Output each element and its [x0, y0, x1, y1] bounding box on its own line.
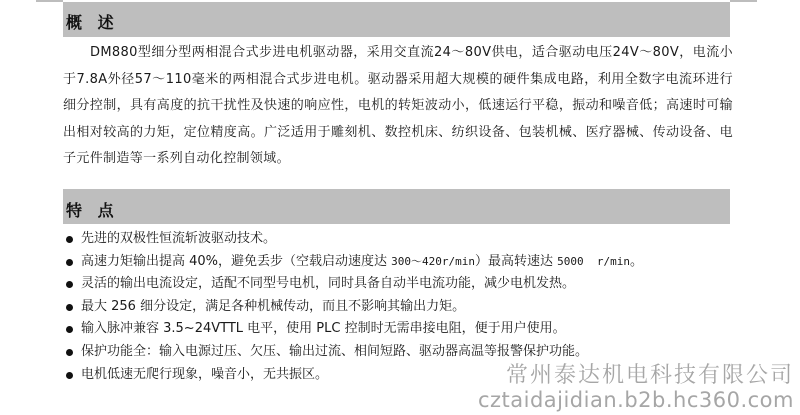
feature-text: 电机低速无爬行现象，噪音小，无共振区。	[81, 367, 328, 382]
bullet-icon	[66, 304, 73, 311]
bullet-icon	[66, 281, 73, 288]
overview-paragraph: DM880型细分型两相混合式步进电机驱动器，采用交直流24～80V供电，适合驱动…	[63, 40, 733, 173]
feature-item: 输入脉冲兼容 3.5~24VTTL 电平，使用 PLC 控制时无需串接电阻，便于…	[63, 318, 763, 341]
top-divider-right	[730, 0, 757, 2]
feature-text: 。	[630, 254, 643, 269]
feature-text: 最大 256 细分设定，满足各种机械传动，而且不影响其输出力矩。	[81, 299, 465, 314]
bullet-icon	[66, 326, 73, 333]
watermark-company: 常州泰达机电科技有限公司	[478, 364, 794, 388]
watermark: 常州泰达机电科技有限公司 cztaidajidian.b2b.hc360.com	[478, 364, 794, 412]
feature-item: 灵活的输出电流设定，适配不同型号电机，同时具备自动半电流功能，减少电机发热。	[63, 273, 763, 296]
bullet-icon	[66, 349, 73, 356]
section-title-overview: 概 述	[66, 10, 119, 33]
feature-speed-range: 300～420r/min	[391, 255, 475, 268]
top-divider-left	[36, 0, 63, 2]
bullet-icon	[66, 372, 73, 379]
bullet-icon	[66, 259, 73, 266]
feature-text: 高速力矩输出提高 40%，避免丢步（空载启动速度达	[81, 254, 391, 269]
feature-item: 最大 256 细分设定，满足各种机械传动，而且不影响其输出力矩。	[63, 296, 763, 319]
feature-text: 灵活的输出电流设定，适配不同型号电机，同时具备自动半电流功能，减少电机发热。	[81, 276, 575, 291]
watermark-domain: cztaidajidian.b2b.hc360.com	[478, 388, 794, 412]
feature-text: 先进的双极性恒流斩波驱动技术。	[81, 231, 276, 246]
feature-text: 保护功能全：输入电源过压、欠压、输出过流、相间短路、驱动器高温等报警保护功能。	[81, 344, 588, 359]
feature-text: 输入脉冲兼容 3.5~24VTTL 电平，使用 PLC 控制时无需串接电阻，便于…	[81, 321, 566, 336]
section-header-features: 特 点	[63, 189, 730, 224]
feature-text: ）最高转速达	[475, 254, 557, 269]
feature-item: 保护功能全：输入电源过压、欠压、输出过流、相间短路、驱动器高温等报警保护功能。	[63, 341, 763, 364]
section-header-overview: 概 述	[63, 2, 730, 37]
feature-item: 高速力矩输出提高 40%，避免丢步（空载启动速度达 300～420r/min）最…	[63, 251, 763, 274]
section-title-features: 特 点	[66, 198, 119, 221]
feature-item: 先进的双极性恒流斩波驱动技术。	[63, 228, 763, 251]
bullet-icon	[66, 236, 73, 243]
feature-max-speed: 5000 r/min	[557, 255, 630, 268]
